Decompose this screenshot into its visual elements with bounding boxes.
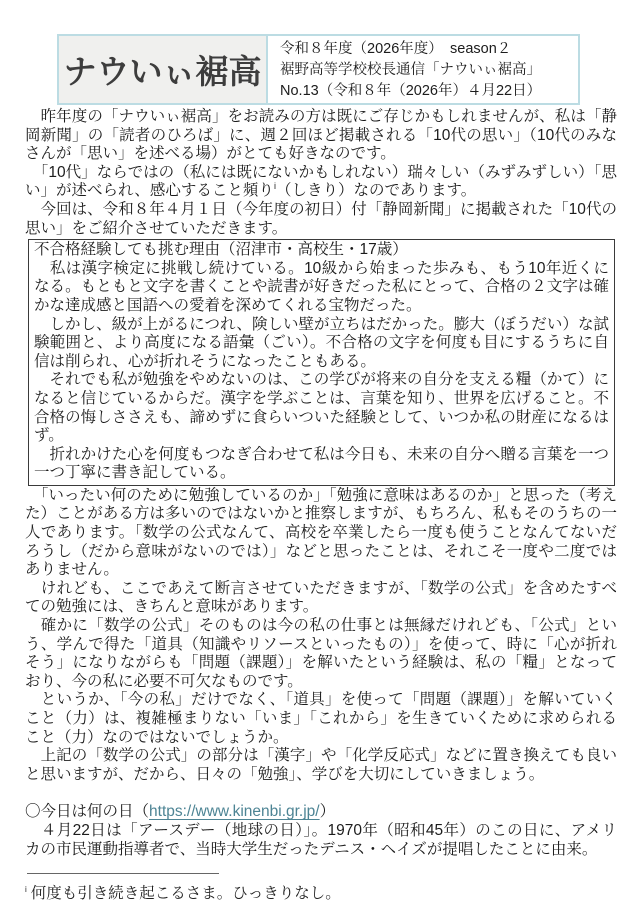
commentary-paragraph: 確かに「数学の公式」そのものは今の私の仕事とは無縁だけれども、「公式」という、学…	[25, 617, 617, 691]
intro-paragraph-2: 「10代」ならではの（私には既にないかもしれない）瑞々しい（みずみずしい）「思い…	[25, 164, 617, 201]
footnote-text-line: i何度も引き続き起こるさま。ひっきりなし。	[25, 881, 617, 904]
footnote-marker: i	[25, 885, 27, 894]
article-paragraph: 折れかけた心を何度もつなぎ合わせて私は今日も、未来の自分へ贈る言葉を一つ一つ丁寧…	[34, 446, 609, 483]
newsletter-logo-text: ナウいぃ裾高	[64, 46, 262, 93]
newsletter-page: ナウいぃ裾高 令和８年度（2026年度） season２ 裾野高等学校校長通信「…	[0, 0, 640, 905]
footnote-text: 何度も引き続き起こるさま。ひっきりなし。	[31, 885, 341, 902]
today-heading-suffix: ）	[320, 803, 336, 820]
header-info-line-title: 裾野高等学校校長通信「ナウいぃ裾高」	[280, 60, 578, 81]
quoted-article-box: 不合格経験しても挑む理由（沼津市・高校生・17歳） 私は漢字検定に挑戦し続けてい…	[28, 239, 615, 486]
intro-paragraph-1: 昨年度の「ナウいぃ裾高」をお読みの方は既にご存じかもしれませんが、私は「静岡新聞…	[25, 108, 617, 164]
article-title: 不合格経験しても挑む理由（沼津市・高校生・17歳）	[34, 241, 609, 260]
today-heading-prefix: 〇今日は何の日（	[25, 803, 149, 820]
kinenbi-url-link[interactable]: https://www.kinenbi.gr.jp/	[149, 803, 320, 820]
today-body: ４月22日は「アースデー（地球の日）」。1970年（昭和45年）のこの日に、アメ…	[25, 822, 617, 859]
header-info-box: 令和８年度（2026年度） season２ 裾野高等学校校長通信「ナウいぃ裾高」…	[268, 34, 580, 105]
article-paragraph: 私は漢字検定に挑戦し続けている。10級から始まった歩みも、もう10年近くになる。…	[34, 260, 609, 316]
footnote-separator-line	[27, 873, 219, 874]
intro-paragraph-3: 今回は、令和８年４月１日（今年度の初日）付「静岡新聞」に掲載された「10代の思い…	[25, 201, 617, 238]
article-paragraph: それでも私が勉強をやめないのは、この学びが将来の自分を支える糧（かて）になると信…	[34, 371, 609, 445]
intro-paragraph-2-cont: （しきり）なのであります。	[276, 182, 476, 199]
article-paragraph: しかし、級が上がるにつれ、険しい壁が立ちはだかった。膨大（ぼうだい）な試験範囲と…	[34, 316, 609, 372]
today-heading: 〇今日は何の日（https://www.kinenbi.gr.jp/）	[25, 803, 617, 822]
header-info-line-year: 令和８年度（2026年度） season２	[280, 39, 578, 60]
commentary-paragraph: けれども、ここであえて断言させていただきますが、「数学の公式」を含めたすべての勉…	[25, 580, 617, 617]
commentary-paragraph: 「いったい何のために勉強しているのか」「勉強に意味はあるのか」と思った（考えた）…	[25, 487, 617, 580]
header-info-line-issue: No.13（令和８年（2026年）４月22日）	[280, 81, 578, 102]
commentary-paragraph: 上記の「数学の公式」の部分は「漢字」や「化学反応式」などに置き換えても良いと思い…	[25, 747, 617, 784]
newsletter-logo-box: ナウいぃ裾高	[57, 34, 268, 105]
newsletter-header: ナウいぃ裾高 令和８年度（2026年度） season２ 裾野高等学校校長通信「…	[57, 34, 580, 105]
newsletter-body: 昨年度の「ナウいぃ裾高」をお読みの方は既にご存じかもしれませんが、私は「静岡新聞…	[25, 108, 617, 904]
blank-line-spacer	[25, 784, 617, 803]
commentary-paragraph: というか、「今の私」だけでなく、「道具」を使って「問題（課題）」を解いていくこと…	[25, 691, 617, 747]
